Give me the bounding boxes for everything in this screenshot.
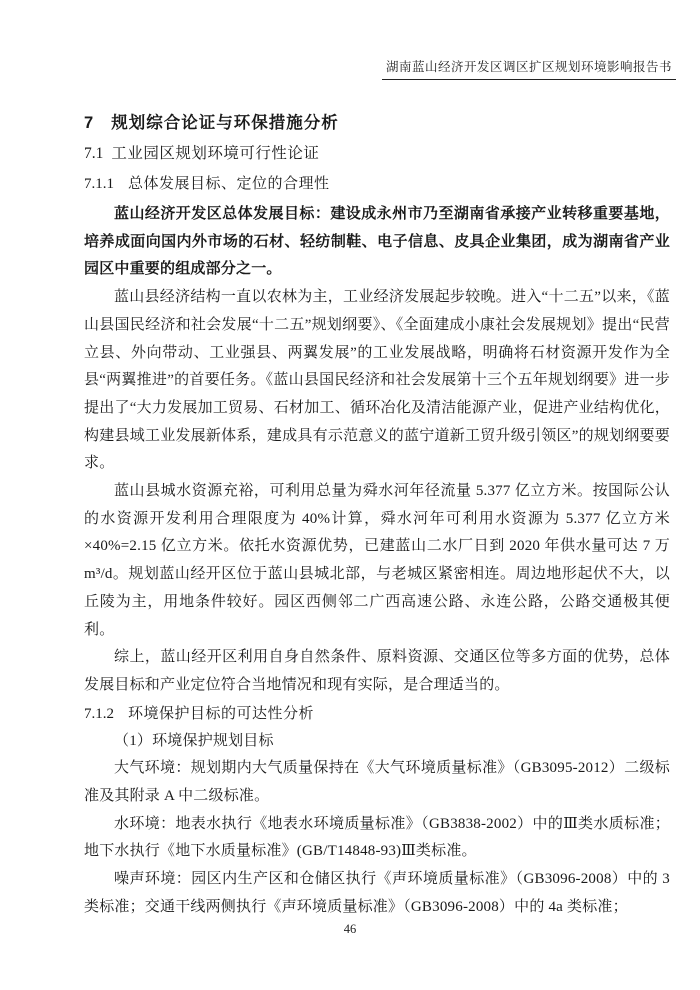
page-number: 46 [344, 922, 357, 936]
subsubsection-712-number: 7.1.2 [84, 706, 114, 722]
paragraph-water-environment: 水环境：地表水执行《地表水环境质量标准》（GB3838-2002）中的Ⅲ类水质标… [84, 811, 670, 866]
section-title: 规划综合论证与环保措施分析 [111, 114, 339, 132]
subsubsection-712-title: 环境保护目标的可达性分析 [128, 706, 314, 722]
paragraph-air-environment: 大气环境：规划期内大气质量保持在《大气环境质量标准》（GB3095-2012）二… [84, 755, 670, 810]
page-header: 湖南蓝山经济开发区调区扩区规划环境影响报告书 [382, 57, 676, 80]
subsection-heading: 7.1工业园区规划环境可行性论证 [84, 143, 670, 165]
document-page: 湖南蓝山经济开发区调区扩区规划环境影响报告书 7规划综合论证与环保措施分析 7.… [0, 0, 700, 990]
section-number: 7 [84, 114, 93, 132]
subsubsection-711-number: 7.1.1 [84, 176, 114, 192]
subsection-number: 7.1 [84, 145, 103, 162]
paragraph-development-goal: 蓝山经济开发区总体发展目标：建设成永州市乃至湖南省承接产业转移重要基地，培养成面… [84, 201, 670, 284]
paragraph-conclusion: 综上，蓝山经开区利用自身自然条件、原料资源、交通区位等多方面的优势，总体发展目标… [84, 644, 670, 699]
paragraph-economic-structure: 蓝山县经济结构一直以农林为主，工业经济发展起步较晚。进入“十二五”以来，《蓝山县… [84, 284, 670, 478]
paragraph-water-resources: 蓝山县城水资源充裕，可利用总量为舜水河年径流量 5.377 亿立方米。按国际公认… [84, 478, 670, 644]
subsubsection-heading-711: 7.1.1总体发展目标、定位的合理性 [84, 173, 670, 195]
list-item-env-protection-goal: （1）环境保护规划目标 [84, 728, 670, 756]
page-content: 7规划综合论证与环保措施分析 7.1工业园区规划环境可行性论证 7.1.1总体发… [84, 112, 670, 922]
section-heading: 7规划综合论证与环保措施分析 [84, 112, 670, 134]
report-title: 湖南蓝山经济开发区调区扩区规划环境影响报告书 [382, 57, 676, 80]
subsubsection-heading-712: 7.1.2环境保护目标的可达性分析 [84, 701, 670, 728]
subsubsection-711-title: 总体发展目标、定位的合理性 [128, 176, 330, 192]
page-footer: 46 [0, 922, 700, 937]
paragraph-noise-environment: 噪声环境：园区内生产区和仓储区执行《声环境质量标准》（GB3096-2008）中… [84, 866, 670, 921]
subsection-title: 工业园区规划环境可行性论证 [111, 145, 319, 162]
